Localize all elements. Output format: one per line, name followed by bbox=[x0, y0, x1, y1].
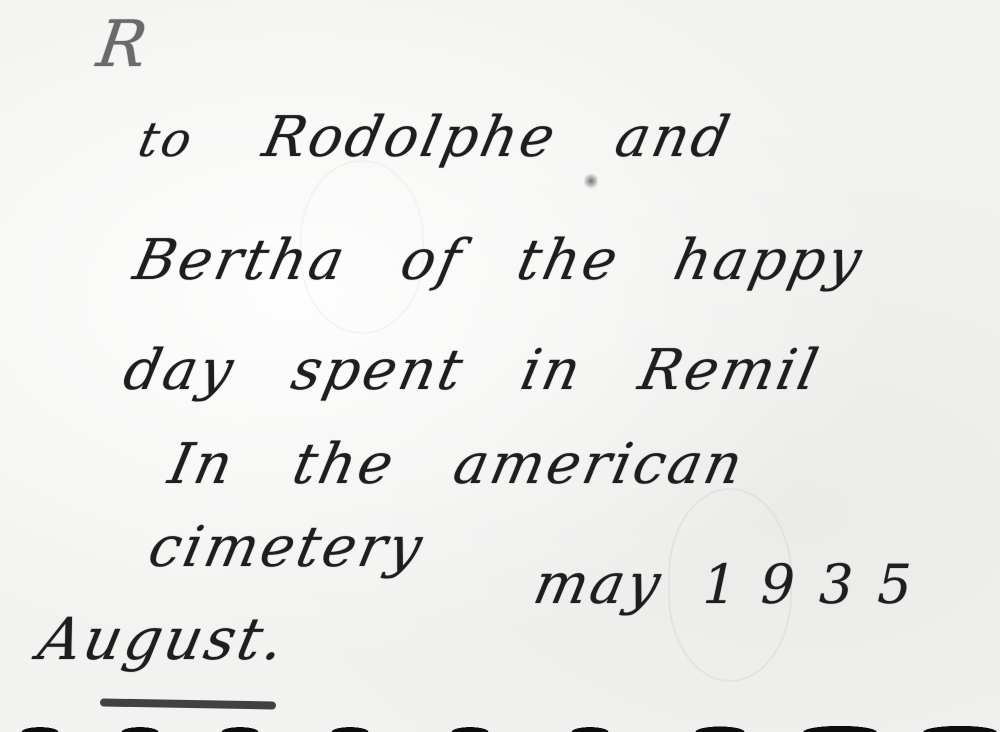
place-name: Remil bbox=[633, 338, 826, 403]
note-date: may1935 bbox=[528, 552, 982, 617]
signature: August. bbox=[33, 605, 294, 673]
word: happy bbox=[668, 228, 870, 293]
initial-mark: R bbox=[93, 8, 152, 82]
recipient-name: Rodolphe bbox=[257, 105, 563, 170]
word: and bbox=[610, 105, 738, 170]
word: of bbox=[395, 228, 469, 293]
word: spent bbox=[286, 338, 471, 403]
note-line-1: toRodolpheand bbox=[133, 105, 738, 170]
note-line-4: Intheamerican bbox=[163, 432, 811, 497]
date-year: 1935 bbox=[695, 553, 942, 616]
torn-bottom-edge bbox=[0, 720, 1000, 732]
note-line-3: dayspentinRemil bbox=[118, 338, 884, 403]
word: to bbox=[134, 112, 200, 168]
word: In bbox=[163, 432, 241, 497]
word: in bbox=[515, 338, 589, 403]
word: the bbox=[287, 432, 402, 497]
recipient-name: Bertha bbox=[128, 228, 353, 293]
signature-underline bbox=[100, 698, 276, 709]
word: day bbox=[118, 338, 242, 403]
word: cimetery bbox=[143, 515, 430, 580]
word: the bbox=[512, 228, 627, 293]
note-line-2: Berthaofthehappy bbox=[128, 228, 926, 293]
word: american bbox=[448, 432, 751, 497]
note-line-5: cimetery bbox=[143, 515, 430, 580]
date-month: may bbox=[528, 552, 669, 617]
ink-blot bbox=[584, 172, 598, 190]
handwritten-note-page: R toRodolpheand Berthaofthehappy dayspen… bbox=[0, 0, 1000, 732]
